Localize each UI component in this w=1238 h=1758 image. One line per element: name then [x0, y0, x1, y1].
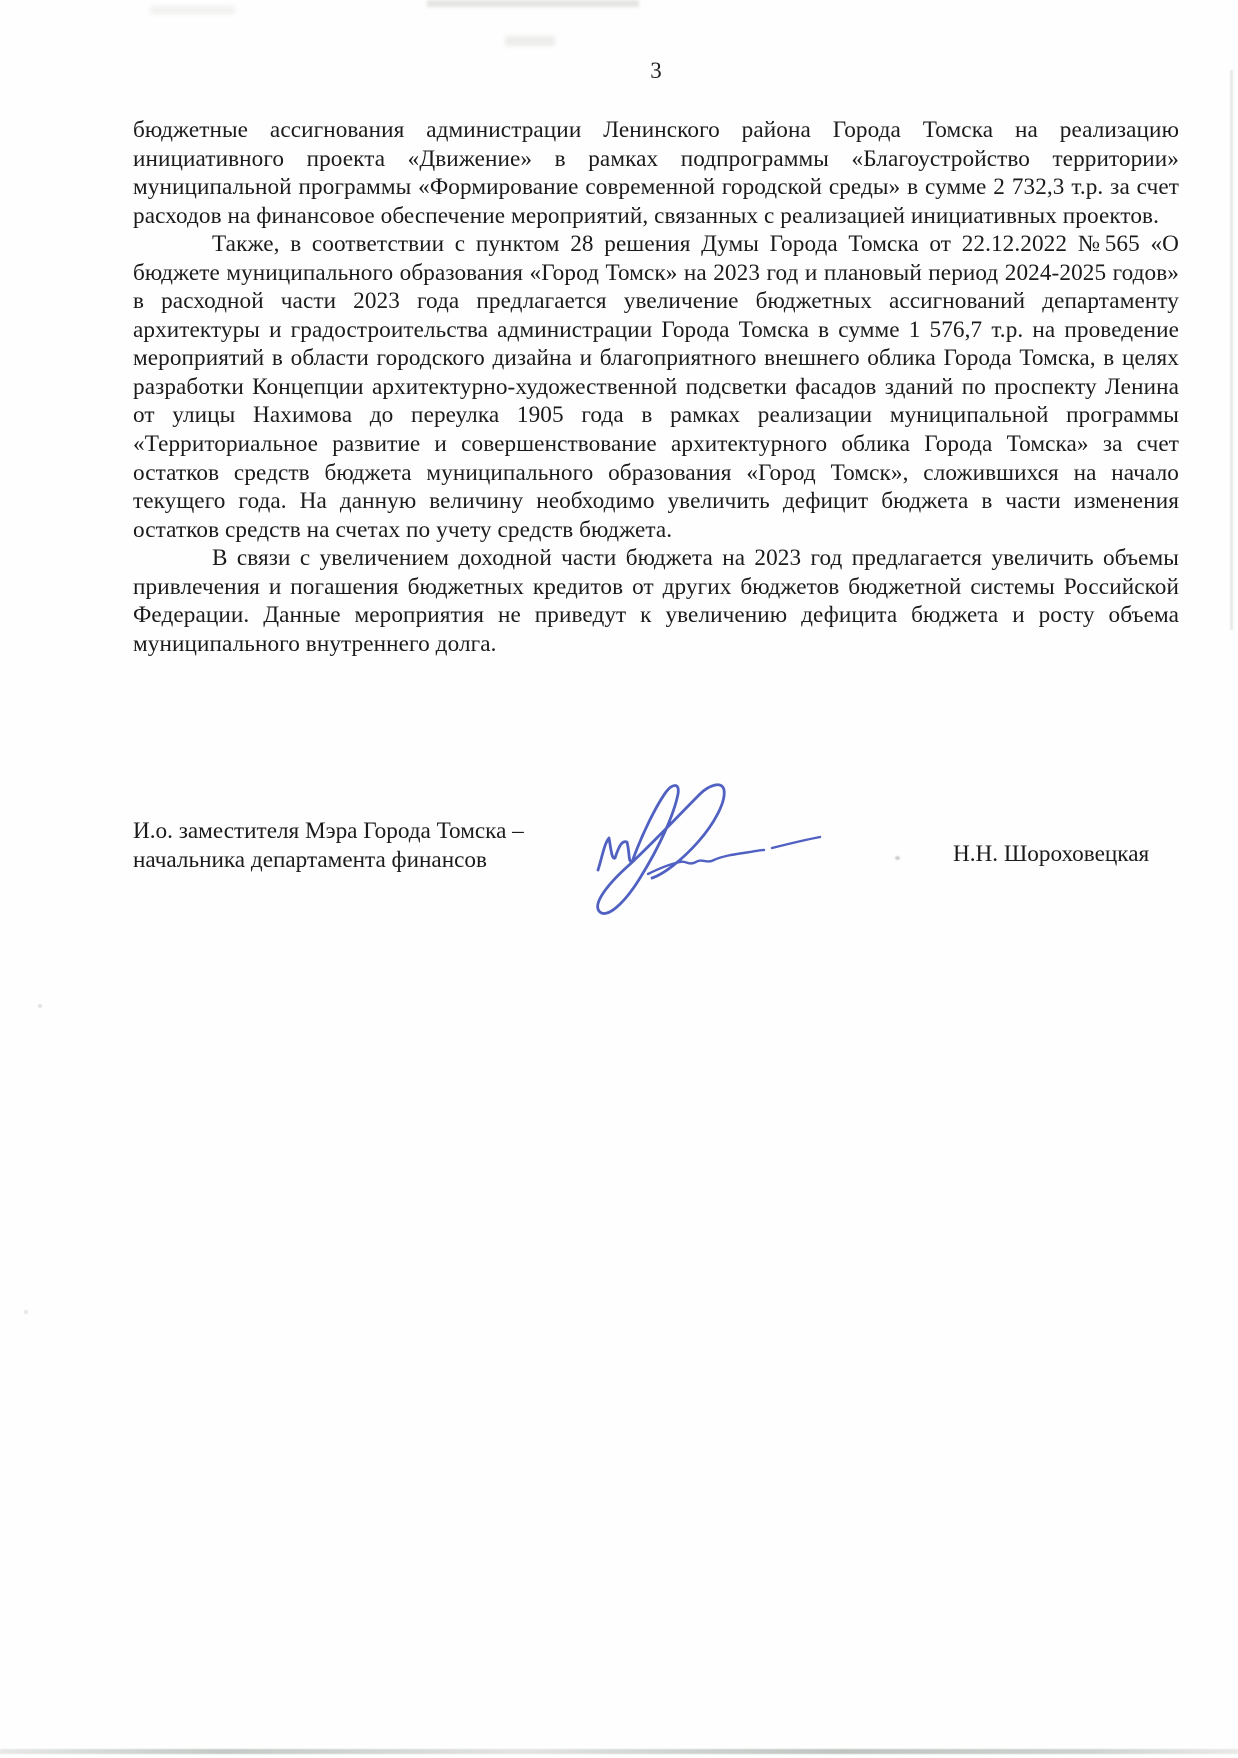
signature-title-line1: И.о. заместителя Мэра Города Томска –: [133, 817, 524, 846]
scan-smudge: [150, 6, 235, 14]
scan-speck: [38, 1004, 42, 1008]
signature-title-block: И.о. заместителя Мэра Города Томска – на…: [133, 817, 524, 874]
document-body: бюджетные ассигнования администрации Лен…: [133, 116, 1179, 658]
scan-speck: [895, 856, 900, 860]
scanned-document-page: 3 бюджетные ассигнования администрации Л…: [0, 0, 1238, 1758]
paragraph-budget-allocations: бюджетные ассигнования администрации Лен…: [133, 116, 1179, 230]
handwritten-signature-icon: [552, 762, 842, 932]
page-number: 3: [133, 58, 1179, 84]
signature-stroke-main: [598, 785, 725, 914]
signature-stroke-dash: [772, 837, 820, 848]
signature-title-line2: начальника департамента финансов: [133, 846, 524, 875]
scan-edge-shadow: [1230, 70, 1233, 630]
paragraph-budget-credits: В связи с увеличением доходной части бюд…: [133, 544, 1179, 658]
scan-smudge: [505, 36, 555, 46]
signer-name: Н.Н. Шороховецкая: [953, 840, 1149, 869]
scan-edge-line: [0, 1749, 1238, 1754]
paragraph-duma-decision: Также, в соответствии с пунктом 28 решен…: [133, 230, 1179, 544]
scan-smudge: [427, 0, 639, 7]
scan-speck: [24, 1310, 28, 1314]
